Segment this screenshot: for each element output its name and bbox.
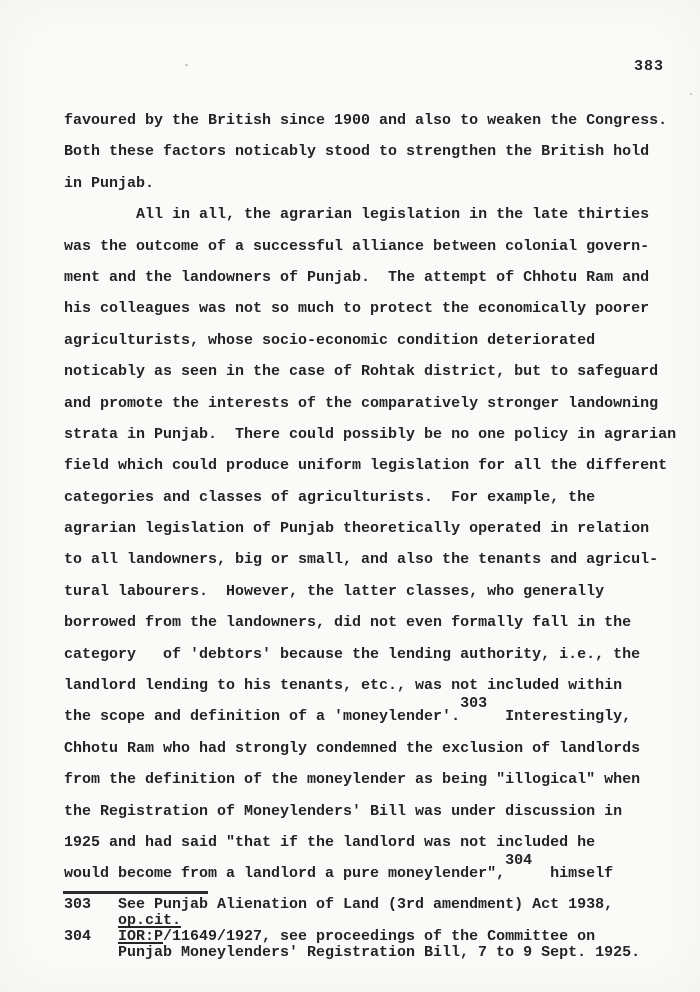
footnote-ref-304: 304 [505, 845, 532, 876]
text-line: from the definition of the moneylender a… [64, 764, 690, 795]
text-line: Both these factors noticably stood to st… [64, 136, 690, 167]
text-line: noticably as seen in the case of Rohtak … [64, 356, 690, 387]
text-line: in Punjab. [64, 168, 690, 199]
archive-reference: IOR:P [118, 928, 163, 945]
scan-speck [690, 93, 692, 95]
text-segment: the scope and definition of a 'moneylend… [64, 708, 460, 725]
scan-speck [560, 122, 563, 124]
footnote-number: 303 [64, 897, 118, 913]
footnote-text: IOR:P/11649/1927, see proceedings of the… [118, 929, 595, 945]
text-segment: himself [532, 865, 613, 882]
footnote-303: 303See Punjab Alienation of Land (3rd am… [64, 897, 690, 913]
text-line: was the outcome of a successful alliance… [64, 231, 690, 262]
text-segment: Interestingly, [487, 708, 631, 725]
text-line: landlord lending to his tenants, etc., w… [64, 670, 690, 701]
footnote-number-spacer [64, 913, 118, 929]
text-line: categories and classes of agriculturists… [64, 482, 690, 513]
text-line: favoured by the British since 1900 and a… [64, 105, 690, 136]
footnote-text: Punjab Moneylenders' Registration Bill, … [118, 945, 640, 961]
footnotes: 303See Punjab Alienation of Land (3rd am… [64, 897, 690, 961]
text-line-paragraph-start: All in all, the agrarian legislation in … [64, 199, 690, 230]
text-line: borrowed from the landowners, did not ev… [64, 607, 690, 638]
footnote-303-continued: op.cit. [64, 913, 690, 929]
footnote-304: 304IOR:P/11649/1927, see proceedings of … [64, 929, 690, 945]
text-line: the Registration of Moneylenders' Bill w… [64, 796, 690, 827]
text-line: category of 'debtors' because the lendin… [64, 639, 690, 670]
footnote-separator [63, 891, 208, 894]
text-line: agriculturists, whose socio-economic con… [64, 325, 690, 356]
footnote-ref-303: 303 [460, 688, 487, 719]
text-line: field which could produce uniform legisl… [64, 450, 690, 481]
text-line: ment and the landowners of Punjab. The a… [64, 262, 690, 293]
text-line: strata in Punjab. There could possibly b… [64, 419, 690, 450]
footnote-number: 304 [64, 929, 118, 945]
body-text: favoured by the British since 1900 and a… [64, 105, 690, 890]
text-line: Chhotu Ram who had strongly condemned th… [64, 733, 690, 764]
footnote-304-continued: Punjab Moneylenders' Registration Bill, … [64, 945, 690, 961]
footnote-text-underlined: op.cit. [118, 913, 181, 929]
text-line: his colleagues was not so much to protec… [64, 293, 690, 324]
text-segment: would become from a landlord a pure mone… [64, 865, 505, 882]
text-line-with-footnote-ref: the scope and definition of a 'moneylend… [64, 701, 690, 732]
footnote-text: /11649/1927, see proceedings of the Comm… [163, 928, 595, 945]
scan-speck [185, 64, 188, 66]
footnote-text: See Punjab Alienation of Land (3rd amend… [118, 897, 613, 913]
page-number: 383 [634, 58, 664, 75]
text-line: agrarian legislation of Punjab theoretic… [64, 513, 690, 544]
text-line: 1925 and had said "that if the landlord … [64, 827, 690, 858]
document-page: 383 favoured by the British since 1900 a… [0, 0, 700, 992]
text-line: to all landowners, big or small, and als… [64, 544, 690, 575]
text-line: and promote the interests of the compara… [64, 388, 690, 419]
text-line: tural labourers. However, the latter cla… [64, 576, 690, 607]
footnote-number-spacer [64, 945, 118, 961]
text-line-with-footnote-ref: would become from a landlord a pure mone… [64, 858, 690, 889]
